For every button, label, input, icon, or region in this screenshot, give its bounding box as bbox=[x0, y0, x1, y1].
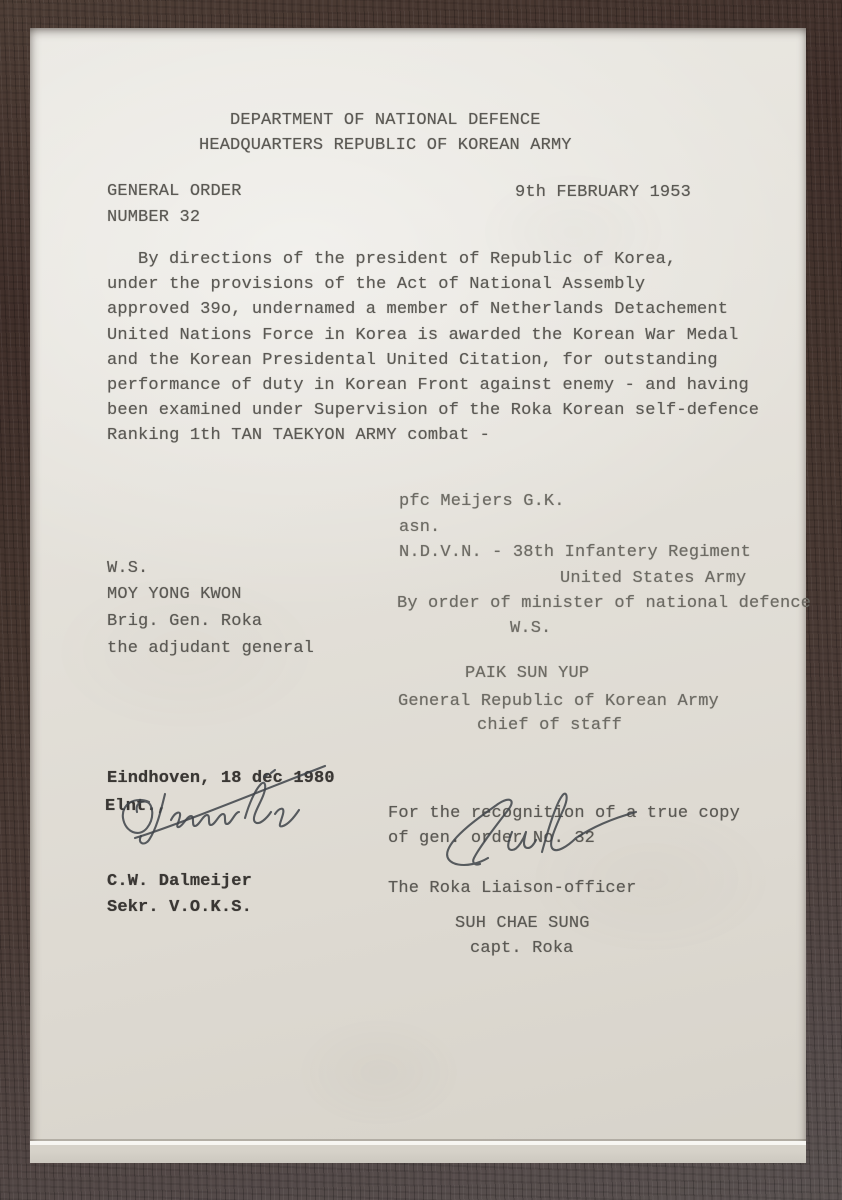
doc-header-line2: HEADQUARTERS REPUBLIC OF KOREAN ARMY bbox=[199, 135, 572, 156]
doc-header-line1: DEPARTMENT OF NATIONAL DEFENCE bbox=[230, 110, 541, 131]
chief-org: General Republic of Korean Army bbox=[398, 691, 719, 712]
body-line-4: United Nations Force in Korea is awarded… bbox=[107, 325, 738, 346]
left-ws: W.S. bbox=[107, 558, 148, 579]
liaison-rank: capt. Roka bbox=[470, 938, 574, 959]
chief-role: chief of staff bbox=[477, 715, 622, 736]
recipient-army: United States Army bbox=[560, 568, 746, 589]
body-line-7: been examined under Supervision of the R… bbox=[107, 400, 759, 421]
recipient-asn: asn. bbox=[399, 517, 440, 538]
body-line-3: approved 39o, undernamed a member of Net… bbox=[107, 299, 728, 320]
dalmeijer-signature bbox=[113, 760, 341, 846]
order-title: GENERAL ORDER bbox=[107, 181, 242, 202]
body-line-5: and the Korean Presidental United Citati… bbox=[107, 350, 718, 371]
suh-signature bbox=[428, 784, 646, 872]
chief-name: PAIK SUN YUP bbox=[465, 663, 589, 684]
body-line-2: under the provisions of the Act of Natio… bbox=[107, 274, 645, 295]
order-number: NUMBER 32 bbox=[107, 207, 200, 228]
attest-name: C.W. Dalmeijer bbox=[107, 871, 252, 892]
attest-org: Sekr. V.O.K.S. bbox=[107, 897, 252, 918]
framed-document-photo: DEPARTMENT OF NATIONAL DEFENCE HEADQUART… bbox=[0, 0, 842, 1200]
body-line-6: performance of duty in Korean Front agai… bbox=[107, 375, 749, 396]
document-paper: DEPARTMENT OF NATIONAL DEFENCE HEADQUART… bbox=[30, 28, 806, 1163]
recipient-by-order: By order of minister of national defence bbox=[397, 593, 811, 614]
recipient-unit: N.D.V.N. - 38th Infantery Regiment bbox=[399, 542, 751, 563]
left-rank: Brig. Gen. Roka bbox=[107, 611, 262, 632]
recipient-ws: W.S. bbox=[510, 618, 551, 639]
order-date: 9th FEBRUARY 1953 bbox=[515, 182, 691, 203]
left-title: the adjudant general bbox=[107, 638, 314, 659]
body-line-1: By directions of the president of Republ… bbox=[138, 249, 676, 270]
left-name: MOY YONG KWON bbox=[107, 584, 242, 605]
recipient-name: pfc Meijers G.K. bbox=[399, 491, 565, 512]
liaison-line: The Roka Liaison-officer bbox=[388, 878, 636, 899]
body-line-8: Ranking 1th TAN TAEKYON ARMY combat - bbox=[107, 425, 490, 446]
liaison-name: SUH CHAE SUNG bbox=[455, 913, 590, 934]
